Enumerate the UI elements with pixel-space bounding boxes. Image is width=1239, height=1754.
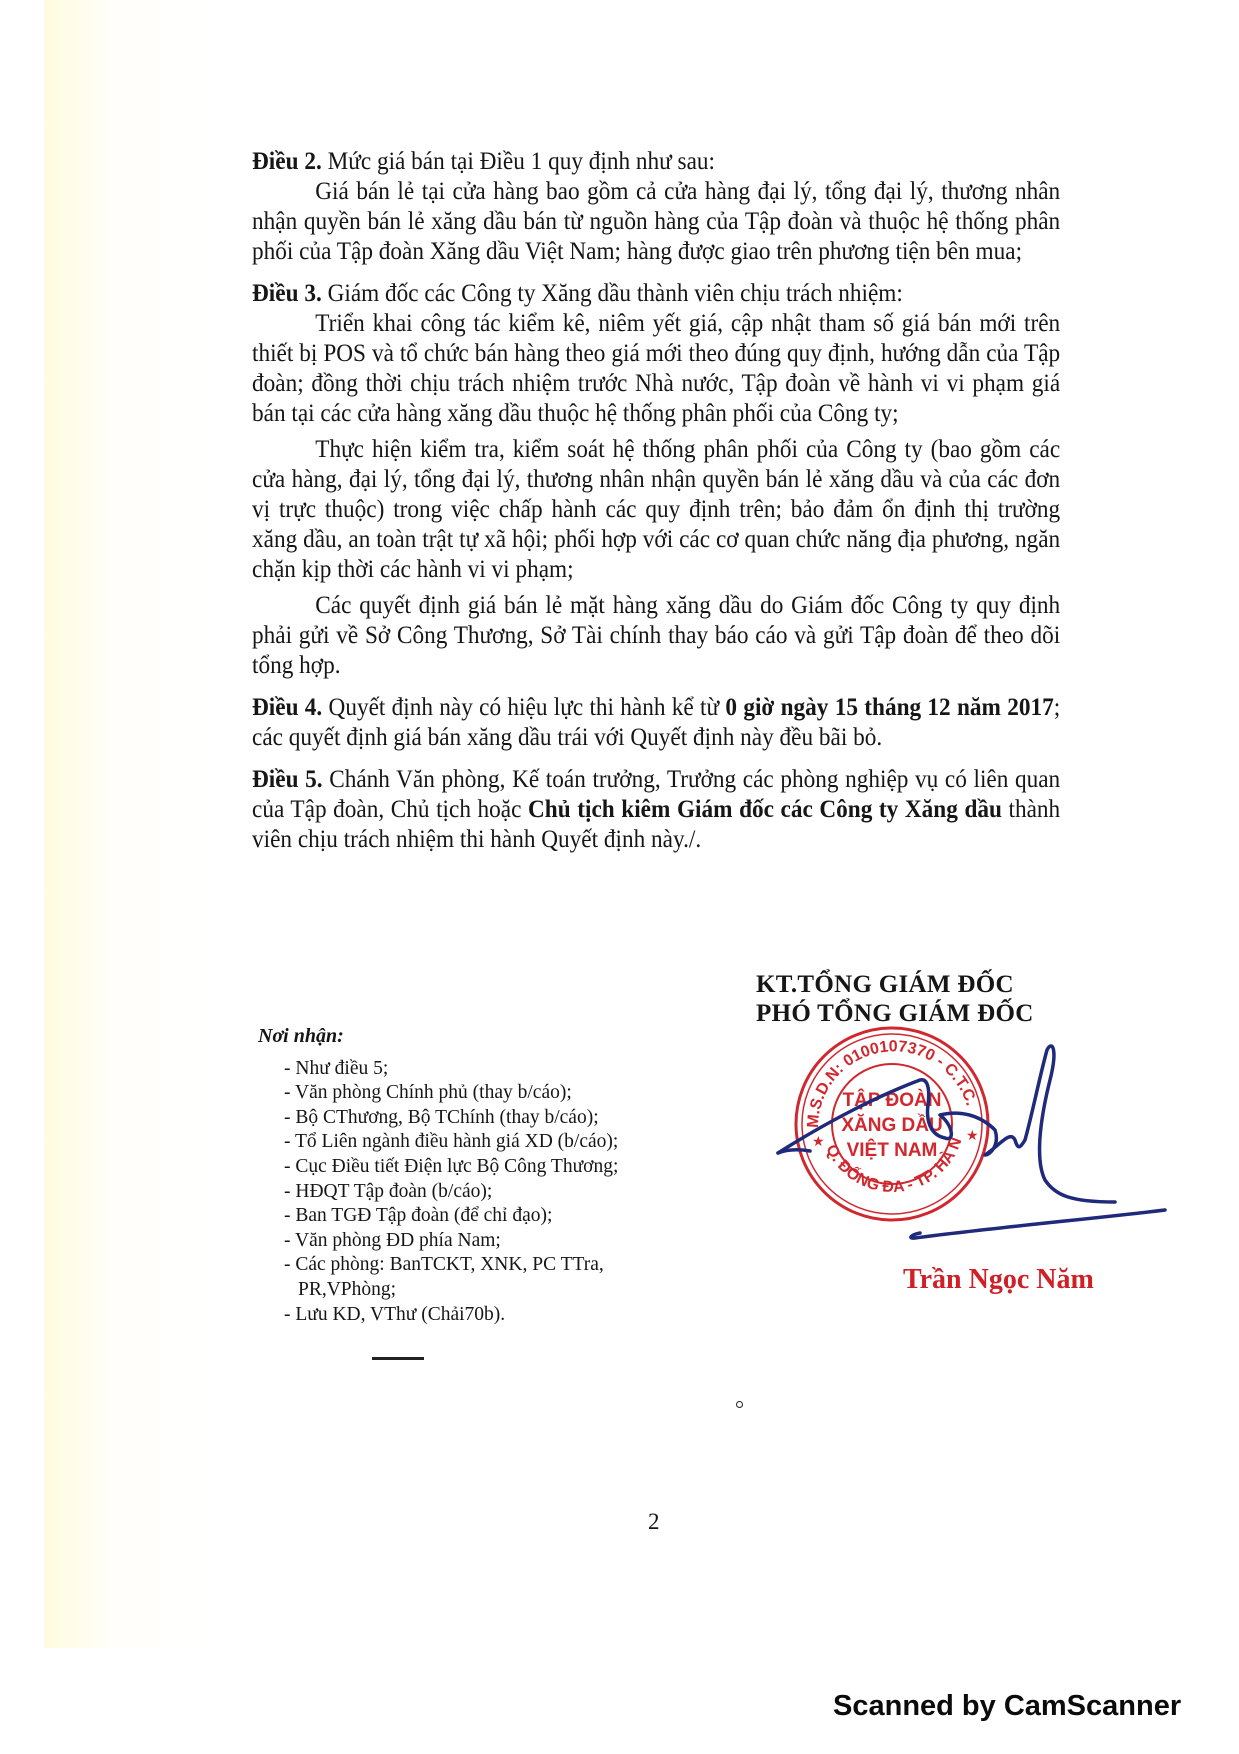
paragraph: Các quyết định giá bán lẻ mặt hàng xăng … <box>252 591 1060 681</box>
article-label: Điều 5. <box>252 766 323 793</box>
paragraph: Triển khai công tác kiểm kê, niêm yết gi… <box>252 309 1060 429</box>
article-5: Điều 5. Chánh Văn phòng, Kế toán trưởng,… <box>252 765 1060 855</box>
end-divider <box>372 1357 424 1360</box>
recipient-item: - Lưu KD, VThư (Chải70b). <box>284 1303 678 1328</box>
signature-title-line1: KT.TỔNG GIÁM ĐỐC <box>756 970 1034 999</box>
article-intro: Giám đốc các Công ty Xăng dầu thành viên… <box>322 280 903 307</box>
recipient-item: - Các phòng: BanTCKT, XNK, PC TTra, <box>284 1253 678 1278</box>
recipient-item: PR,VPhòng; <box>284 1278 678 1303</box>
recipients-title: Nơi nhận: <box>258 1024 678 1049</box>
recipient-item: - Cục Điều tiết Điện lực Bộ Công Thương; <box>284 1155 678 1180</box>
recipient-item: - Ban TGĐ Tập đoàn (để chỉ đạo); <box>284 1204 678 1229</box>
recipient-items: - Như điều 5;- Văn phòng Chính phủ (thay… <box>258 1057 678 1328</box>
article-intro: Mức giá bán tại Điều 1 quy định như sau: <box>322 148 715 175</box>
camscanner-watermark: Scanned by CamScanner <box>833 1690 1181 1723</box>
article-3: Điều 3. Giám đốc các Công ty Xăng dầu th… <box>252 279 1060 309</box>
article-label: Điều 3. <box>252 280 322 307</box>
recipient-item: - HĐQT Tập đoàn (b/cáo); <box>284 1180 678 1205</box>
recipient-item: - Như điều 5; <box>284 1057 678 1082</box>
article-label: Điều 4. <box>252 694 322 721</box>
signer-name: Trần Ngọc Năm <box>903 1264 1094 1296</box>
scan-speck <box>736 1401 743 1408</box>
article-label: Điều 2. <box>252 148 322 175</box>
recipients-list: Nơi nhận: - Như điều 5;- Văn phòng Chính… <box>258 1024 678 1327</box>
recipient-item: - Văn phòng ĐD phía Nam; <box>284 1229 678 1254</box>
article-2: Điều 2. Mức giá bán tại Điều 1 quy định … <box>252 147 1060 177</box>
article-bold-text: Chủ tịch kiêm Giám đốc các Công ty Xăng … <box>528 796 1002 823</box>
page-number: 2 <box>648 1509 660 1535</box>
paragraph: Giá bán lẻ tại cửa hàng bao gồm cả cửa h… <box>252 177 1060 267</box>
paragraph: Thực hiện kiểm tra, kiểm soát hệ thống p… <box>252 435 1060 585</box>
handwritten-signature-icon <box>770 1020 1190 1260</box>
effective-date: 0 giờ ngày 15 tháng 12 năm 2017 <box>725 694 1053 721</box>
document-body: Điều 2. Mức giá bán tại Điều 1 quy định … <box>252 147 1003 855</box>
article-4: Điều 4. Quyết định này có hiệu lực thi h… <box>252 693 1060 753</box>
article-intro: Quyết định này có hiệu lực thi hành kể t… <box>322 694 725 721</box>
recipient-item: - Bộ CThương, Bộ TChính (thay b/cáo); <box>284 1106 678 1131</box>
recipient-item: - Tổ Liên ngành điều hành giá XD (b/cáo)… <box>284 1130 678 1155</box>
recipient-item: - Văn phòng Chính phủ (thay b/cáo); <box>284 1081 678 1106</box>
